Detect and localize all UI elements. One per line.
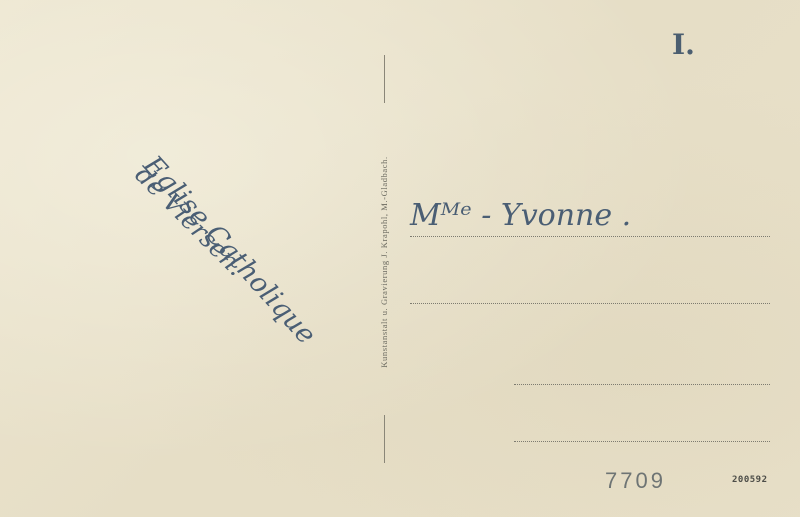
pencil-number: 7709 xyxy=(605,468,666,494)
center-divider-bottom xyxy=(384,415,385,463)
address-line-2 xyxy=(410,303,770,304)
address-line-4 xyxy=(514,441,770,442)
postcard-back: I. Eglise Catholique de Viersen. Kunstan… xyxy=(0,0,800,517)
print-number: 200592 xyxy=(732,475,768,485)
note-line-2: de Viersen. xyxy=(129,160,250,281)
corner-mark: I. xyxy=(672,28,695,61)
address-recipient: Mᴹᵉ - Yvonne . xyxy=(410,198,631,233)
address-line-1 xyxy=(410,236,770,237)
center-divider-top xyxy=(384,55,385,103)
printer-imprint: Kunstanstalt u. Gravierung J. Krapohl, M… xyxy=(379,156,389,367)
address-line-3 xyxy=(514,384,770,385)
